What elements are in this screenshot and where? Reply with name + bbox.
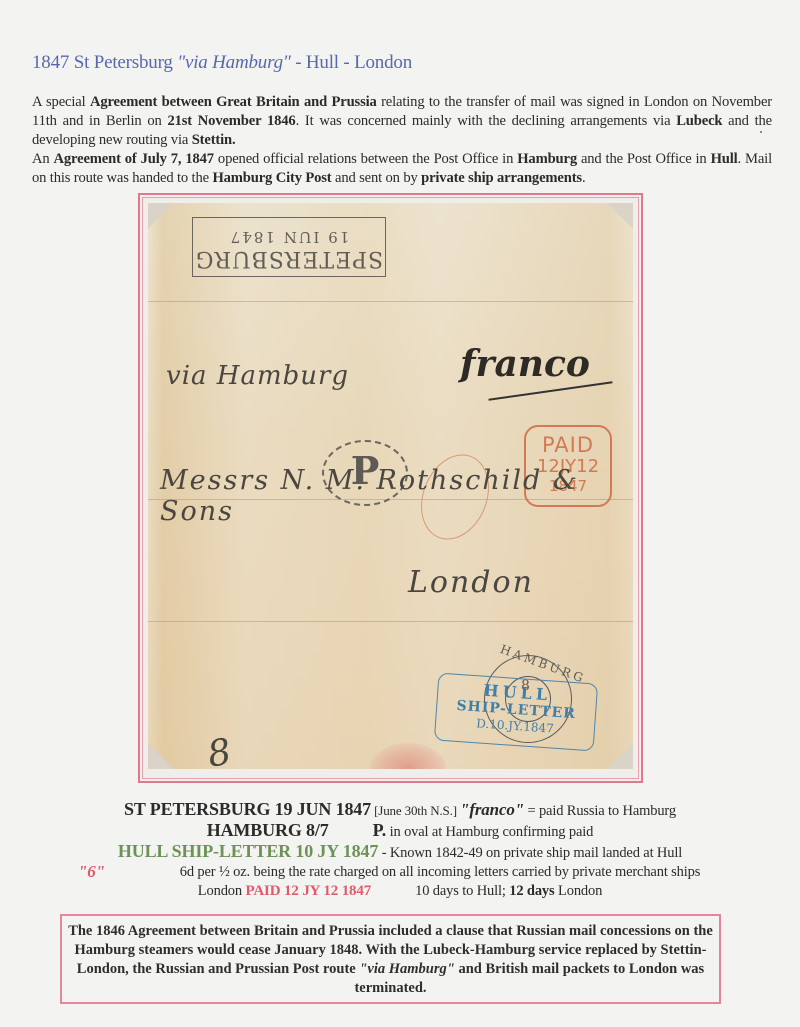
via-hamburg-manuscript: via Hamburg <box>166 361 349 391</box>
caption-line-3: HULL SHIP-LETTER 10 JY 1847 - Known 1842… <box>0 842 800 863</box>
intro-paragraph-2: An Agreement of July 7, 1847 opened offi… <box>32 150 772 188</box>
postal-cover-image: SPETERSBURG 19 IUN 1847 via Hamburg fran… <box>148 203 633 769</box>
addressee-manuscript: Messrs N. M. Rothschild & Sons <box>160 465 633 527</box>
caption-bold: 12 days <box>509 883 554 899</box>
caption-text: 6d per ½ oz. being the rate charged on a… <box>100 864 700 880</box>
caption-hull: HULL SHIP-LETTER 10 JY 1847 <box>118 841 378 861</box>
note-box: The 1846 Agreement between Britain and P… <box>60 914 721 1004</box>
text: An <box>32 151 54 167</box>
page-title: 1847 St Petersburg "via Hamburg" - Hull … <box>32 52 412 74</box>
london-manuscript: London <box>408 565 534 600</box>
franco-manuscript: franco <box>460 343 590 385</box>
mount-corner <box>148 203 174 229</box>
text: and the Post Office in <box>577 151 711 167</box>
caption-line-5: London PAID 12 JY 12 184710 days to Hull… <box>0 882 800 901</box>
fold-line <box>148 301 633 302</box>
st-petersburg-boxed-stamp: SPETERSBURG 19 IUN 1847 <box>192 217 386 277</box>
stamp-line: SPETERSBURG <box>193 246 385 270</box>
caption-line-4: "6"6d per ½ oz. being the rate charged o… <box>0 863 800 882</box>
caption-text: - Known 1842-49 on private ship mail lan… <box>378 845 682 861</box>
text: and sent on by <box>332 170 422 186</box>
mount-corner <box>607 203 633 229</box>
caption-text: in oval at Hamburg confirming paid <box>386 824 593 840</box>
title-text-end: - Hull - London <box>291 52 412 73</box>
text: A special <box>32 94 90 110</box>
caption-p: P. <box>373 820 387 840</box>
caption-franco: "franco" <box>460 800 524 819</box>
caption-text: = paid Russia to Hamburg <box>524 803 676 819</box>
stamp-line: 19 IUN 1847 <box>193 228 385 246</box>
text: opened official relations between the Po… <box>214 151 517 167</box>
caption-text: 10 days to Hull; <box>415 883 509 899</box>
caption-six: "6" <box>78 862 105 881</box>
text: . It was concerned mainly with the decli… <box>296 113 677 129</box>
caption-text: London <box>198 883 246 899</box>
caption-bold: HAMBURG 8/7 <box>207 820 329 840</box>
title-text: 1847 St Petersburg <box>32 52 177 73</box>
caption-line-1: ST PETERSBURG 19 JUN 1847 [June 30th N.S… <box>0 800 800 821</box>
bold-text: Hamburg <box>517 151 577 167</box>
intro-paragraph-1: A special Agreement between Great Britai… <box>32 93 772 150</box>
mount-corner <box>607 743 633 769</box>
numeral-manuscript: 8 <box>205 731 235 769</box>
caption-line-2: HAMBURG 8/7P. in oval at Hamburg confirm… <box>0 821 800 842</box>
bold-text: Hamburg City Post <box>212 170 331 186</box>
bold-text: private ship arrangements <box>421 170 582 186</box>
bold-text: 21st November 1846 <box>167 113 295 129</box>
bold-text: Stettin. <box>192 132 236 148</box>
hull-ship-letter-stamp: HULL SHIP-LETTER D.10.JY.1847 <box>434 673 598 752</box>
stamp-line: PAID <box>526 433 610 457</box>
bold-text: Lubeck <box>676 113 722 129</box>
caption-text: London <box>555 883 603 899</box>
caption-paid: PAID 12 JY 12 1847 <box>245 883 371 899</box>
cover-frame: SPETERSBURG 19 IUN 1847 via Hamburg fran… <box>138 193 643 783</box>
bold-text: Agreement of July 7, 1847 <box>54 151 214 167</box>
mount-corner <box>148 743 174 769</box>
caption-small: [June 30th N.S.] <box>371 803 460 818</box>
caption-bold: ST PETERSBURG 19 JUN 1847 <box>124 799 371 819</box>
bold-text: Hull <box>711 151 738 167</box>
title-italic: "via Hamburg" <box>177 52 290 73</box>
bold-text: Agreement between Great Britain and Prus… <box>90 94 377 110</box>
text: . <box>582 170 586 186</box>
fold-line <box>148 621 633 622</box>
note-italic: "via Hamburg" <box>359 961 454 977</box>
wax-seal-remnant <box>370 743 446 769</box>
speck <box>760 131 762 133</box>
